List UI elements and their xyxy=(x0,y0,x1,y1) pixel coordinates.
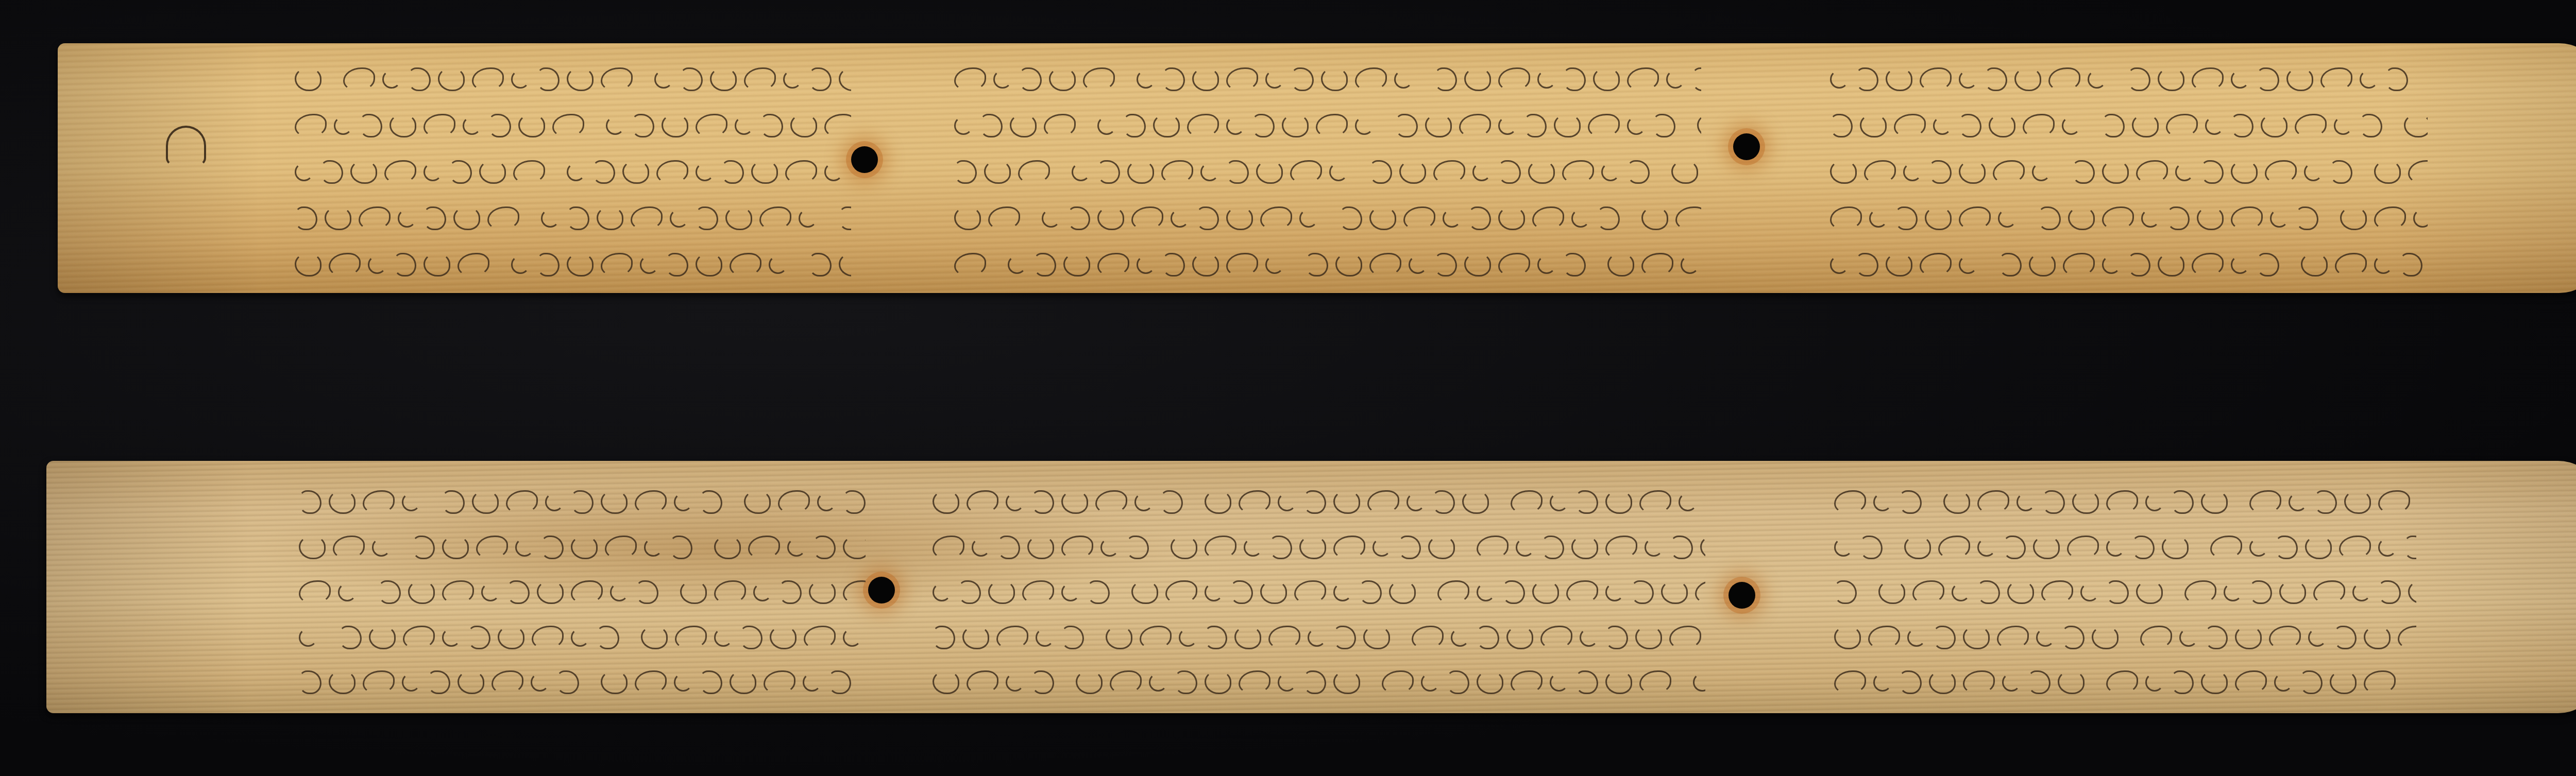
script-glyph xyxy=(2158,253,2184,277)
script-glyph xyxy=(2274,673,2293,692)
script-glyph xyxy=(1550,493,1568,511)
script-glyph xyxy=(1412,626,1444,649)
script-glyph xyxy=(2413,209,2428,228)
script-glyph xyxy=(541,536,564,559)
script-glyph xyxy=(423,114,455,137)
script-glyph xyxy=(2032,163,2050,181)
script-glyph xyxy=(1985,67,2007,91)
script-glyph xyxy=(641,626,668,649)
script-glyph xyxy=(2249,490,2281,514)
script-glyph xyxy=(513,160,545,184)
script-glyph xyxy=(1097,116,1116,135)
script-glyph xyxy=(2088,70,2106,89)
script-glyph xyxy=(1019,67,1042,91)
script-glyph xyxy=(972,538,990,557)
script-glyph xyxy=(492,670,523,694)
script-glyph xyxy=(2166,114,2198,137)
script-glyph xyxy=(1524,114,1547,137)
script-glyph xyxy=(1575,670,1598,694)
script-glyph xyxy=(1162,253,1185,277)
script-glyph xyxy=(787,538,806,557)
script-glyph xyxy=(958,580,981,604)
script-glyph xyxy=(809,67,832,91)
script-glyph xyxy=(2304,163,2323,181)
script-glyph xyxy=(1977,580,2000,604)
script-glyph xyxy=(635,670,667,694)
script-glyph xyxy=(2275,536,2298,559)
script-glyph xyxy=(1653,114,1675,137)
script-glyph xyxy=(1106,626,1132,649)
script-glyph xyxy=(1205,583,1223,601)
script-glyph xyxy=(338,583,357,601)
script-glyph xyxy=(299,536,326,559)
script-glyph xyxy=(1528,160,1555,184)
script-glyph xyxy=(453,206,480,230)
script-glyph xyxy=(1537,70,1556,89)
script-glyph xyxy=(2257,253,2279,277)
script-glyph xyxy=(2201,670,2228,694)
script-glyph xyxy=(803,673,821,692)
script-glyph xyxy=(748,536,780,559)
script-glyph xyxy=(1464,67,1491,91)
script-glyph xyxy=(1830,160,1857,184)
script-glyph xyxy=(675,626,707,649)
script-glyph xyxy=(2231,160,2258,184)
script-glyph xyxy=(476,536,508,559)
script-glyph xyxy=(631,206,663,230)
script-glyph xyxy=(654,70,673,89)
script-line xyxy=(933,577,1705,608)
script-glyph xyxy=(601,490,628,514)
script-glyph xyxy=(299,580,331,604)
script-glyph xyxy=(1226,206,1253,230)
script-line xyxy=(299,487,866,518)
text-column-3 xyxy=(1830,64,2428,280)
script-glyph xyxy=(839,67,851,91)
script-glyph xyxy=(1601,163,1620,181)
script-glyph xyxy=(442,628,461,647)
script-glyph xyxy=(2062,626,2084,649)
script-glyph xyxy=(696,114,727,137)
script-glyph xyxy=(507,580,530,604)
script-glyph xyxy=(790,114,817,137)
script-glyph xyxy=(2364,626,2391,649)
script-glyph xyxy=(325,206,351,230)
script-glyph xyxy=(605,536,637,559)
script-glyph xyxy=(1977,538,1996,557)
script-glyph xyxy=(760,114,783,137)
script-glyph xyxy=(1532,580,1559,604)
script-glyph xyxy=(1095,490,1127,514)
text-column-1 xyxy=(299,487,866,698)
script-glyph xyxy=(1502,580,1525,604)
script-glyph xyxy=(2072,490,2099,514)
script-glyph xyxy=(740,626,762,649)
script-glyph xyxy=(1894,114,1926,137)
script-line xyxy=(295,249,851,280)
palm-leaf-bottom xyxy=(46,461,2576,713)
script-glyph xyxy=(1886,253,1912,277)
script-glyph xyxy=(1997,626,2029,649)
script-glyph xyxy=(2140,626,2172,649)
script-glyph xyxy=(1097,206,1124,230)
script-glyph xyxy=(954,253,986,277)
script-glyph xyxy=(1700,536,1705,559)
script-glyph xyxy=(1127,160,1154,184)
script-glyph xyxy=(2175,163,2194,181)
script-glyph xyxy=(1605,536,1637,559)
script-glyph xyxy=(2308,628,2327,647)
script-glyph xyxy=(1666,70,1685,89)
script-glyph xyxy=(2295,114,2327,137)
script-glyph xyxy=(1363,626,1390,649)
script-glyph xyxy=(1834,670,1866,694)
script-line xyxy=(933,667,1705,698)
script-glyph xyxy=(1977,490,2009,514)
script-glyph xyxy=(571,536,598,559)
script-glyph xyxy=(472,67,504,91)
script-glyph xyxy=(2408,580,2416,604)
script-glyph xyxy=(1306,253,1328,277)
script-glyph xyxy=(804,626,836,649)
script-glyph xyxy=(408,67,431,91)
script-glyph xyxy=(1061,626,1084,649)
script-glyph xyxy=(2340,206,2367,230)
script-glyph xyxy=(1269,536,1292,559)
script-glyph xyxy=(1399,160,1426,184)
script-glyph xyxy=(1171,536,1197,559)
script-glyph xyxy=(1282,114,1309,137)
script-glyph xyxy=(824,163,843,181)
script-glyph xyxy=(1904,536,1931,559)
script-glyph xyxy=(1006,493,1024,511)
script-glyph xyxy=(1097,160,1120,184)
script-glyph xyxy=(2003,536,2026,559)
script-glyph xyxy=(601,253,633,277)
script-glyph xyxy=(1993,160,2025,184)
script-glyph xyxy=(635,490,667,514)
script-line xyxy=(295,203,851,234)
script-line xyxy=(295,157,851,187)
script-glyph xyxy=(1868,626,1900,649)
script-glyph xyxy=(1605,670,1632,694)
script-glyph xyxy=(700,490,722,514)
script-glyph xyxy=(839,206,851,230)
script-glyph xyxy=(597,626,619,649)
script-glyph xyxy=(1359,580,1382,604)
script-glyph xyxy=(1031,490,1054,514)
script-glyph xyxy=(1171,209,1189,228)
script-glyph xyxy=(537,253,560,277)
script-glyph xyxy=(2171,670,2194,694)
script-glyph xyxy=(1042,209,1060,228)
script-glyph xyxy=(1605,490,1632,514)
script-glyph xyxy=(2374,160,2401,184)
script-glyph xyxy=(721,160,744,184)
script-glyph xyxy=(828,670,851,694)
script-glyph xyxy=(2398,626,2416,649)
script-glyph xyxy=(1464,253,1491,277)
script-glyph xyxy=(1398,536,1421,559)
script-glyph xyxy=(402,673,420,692)
script-glyph xyxy=(1131,580,1158,604)
script-glyph xyxy=(1260,580,1287,604)
script-glyph xyxy=(2028,670,2050,694)
script-glyph xyxy=(428,670,450,694)
script-glyph xyxy=(1856,67,1878,91)
script-glyph xyxy=(438,67,465,91)
script-glyph xyxy=(457,253,489,277)
script-glyph xyxy=(997,536,1020,559)
script-glyph xyxy=(1693,673,1705,692)
script-glyph xyxy=(571,490,594,514)
script-glyph xyxy=(2235,626,2262,649)
script-glyph xyxy=(363,670,395,694)
script-glyph xyxy=(1929,160,1952,184)
script-line xyxy=(954,110,1701,141)
script-glyph xyxy=(2210,536,2242,559)
script-glyph xyxy=(996,626,1028,649)
script-glyph xyxy=(1498,116,1517,135)
script-glyph xyxy=(1856,253,1878,277)
script-glyph xyxy=(531,673,549,692)
script-glyph xyxy=(1162,67,1185,91)
script-glyph xyxy=(1963,626,1990,649)
script-glyph xyxy=(1704,490,1705,514)
script-glyph xyxy=(1635,626,1662,649)
script-glyph xyxy=(449,160,472,184)
string-hole-left xyxy=(868,577,895,603)
script-glyph xyxy=(1260,206,1292,230)
script-glyph xyxy=(1160,490,1183,514)
script-glyph xyxy=(1506,626,1533,649)
script-glyph xyxy=(1459,114,1491,137)
script-glyph xyxy=(1498,206,1525,230)
script-glyph xyxy=(2265,160,2297,184)
script-glyph xyxy=(1669,626,1701,649)
script-glyph xyxy=(954,160,977,184)
script-line xyxy=(933,487,1705,518)
script-glyph xyxy=(2106,670,2138,694)
script-glyph xyxy=(1933,626,1956,649)
script-glyph xyxy=(813,536,836,559)
script-glyph xyxy=(988,206,1020,230)
script-glyph xyxy=(1409,255,1427,274)
script-glyph xyxy=(1639,490,1671,514)
script-glyph xyxy=(2313,580,2345,604)
script-glyph xyxy=(1477,536,1509,559)
script-glyph xyxy=(2048,67,2080,91)
script-glyph xyxy=(1239,670,1270,694)
script-glyph xyxy=(472,490,499,514)
script-glyph xyxy=(2192,67,2224,91)
script-glyph xyxy=(1369,160,1392,184)
script-glyph xyxy=(1830,114,1853,137)
script-glyph xyxy=(1083,67,1115,91)
script-glyph xyxy=(481,583,500,601)
script-glyph xyxy=(2132,114,2159,137)
script-glyph xyxy=(1303,670,1326,694)
script-glyph xyxy=(1959,206,1991,230)
script-glyph xyxy=(334,116,352,135)
script-glyph xyxy=(1989,114,2015,137)
script-glyph xyxy=(537,580,564,604)
script-glyph xyxy=(2062,116,2080,135)
script-glyph xyxy=(656,160,688,184)
script-glyph xyxy=(1076,670,1103,694)
script-glyph xyxy=(839,253,851,277)
script-glyph xyxy=(350,160,377,184)
script-glyph xyxy=(601,67,633,91)
script-glyph xyxy=(2231,206,2263,230)
script-glyph xyxy=(1588,114,1620,137)
script-glyph xyxy=(2400,253,2422,277)
script-glyph xyxy=(442,490,465,514)
script-glyph xyxy=(1605,626,1628,649)
script-glyph xyxy=(2352,583,2371,601)
script-glyph xyxy=(1321,67,1348,91)
script-glyph xyxy=(2067,536,2099,559)
palm-leaf-top: ᭒ xyxy=(58,43,2576,293)
script-glyph xyxy=(674,673,692,692)
script-glyph xyxy=(753,583,772,601)
script-glyph xyxy=(442,580,474,604)
script-glyph xyxy=(506,490,538,514)
script-glyph xyxy=(785,160,817,184)
script-glyph xyxy=(1540,626,1572,649)
script-glyph xyxy=(1963,670,1995,694)
script-glyph xyxy=(597,206,623,230)
script-glyph xyxy=(696,206,718,230)
script-glyph xyxy=(933,583,951,601)
script-line xyxy=(295,110,851,141)
script-glyph xyxy=(1063,253,1090,277)
script-glyph xyxy=(1308,628,1326,647)
script-glyph xyxy=(2261,114,2287,137)
script-glyph xyxy=(360,114,382,137)
script-glyph xyxy=(333,536,365,559)
script-line xyxy=(1830,64,2428,95)
script-glyph xyxy=(320,160,343,184)
script-glyph xyxy=(1299,536,1326,559)
script-glyph xyxy=(1355,116,1374,135)
script-glyph xyxy=(567,67,594,91)
script-glyph xyxy=(299,670,321,694)
script-glyph xyxy=(1437,580,1469,604)
script-glyph xyxy=(1049,67,1076,91)
script-glyph xyxy=(1061,536,1093,559)
script-glyph xyxy=(571,628,589,647)
script-glyph xyxy=(1403,206,1435,230)
script-glyph xyxy=(799,209,817,228)
script-glyph xyxy=(2301,253,2328,277)
script-glyph xyxy=(1873,493,1892,511)
script-glyph xyxy=(2330,160,2352,184)
script-glyph xyxy=(2141,209,2160,228)
script-glyph xyxy=(670,536,692,559)
script-glyph xyxy=(2360,114,2382,137)
script-glyph xyxy=(515,538,534,557)
script-glyph xyxy=(636,580,658,604)
script-glyph xyxy=(1421,673,1439,692)
script-glyph xyxy=(700,670,722,694)
script-glyph xyxy=(1278,493,1296,511)
script-glyph xyxy=(1834,626,1861,649)
script-glyph xyxy=(372,538,391,557)
script-glyph xyxy=(1335,253,1362,277)
script-glyph xyxy=(1692,67,1701,91)
script-glyph xyxy=(567,163,585,181)
script-glyph xyxy=(1340,206,1362,230)
script-glyph xyxy=(2364,670,2396,694)
script-glyph xyxy=(2092,626,2119,649)
script-glyph xyxy=(1472,163,1491,181)
script-glyph xyxy=(1675,206,1701,230)
script-glyph xyxy=(744,67,776,91)
script-glyph xyxy=(1443,209,1461,228)
script-glyph xyxy=(1550,673,1568,692)
script-line xyxy=(1834,622,2416,653)
script-glyph xyxy=(2300,670,2323,694)
script-glyph xyxy=(1661,580,1688,604)
script-glyph xyxy=(343,67,375,91)
script-glyph xyxy=(1498,253,1530,277)
script-glyph xyxy=(2344,490,2371,514)
script-glyph xyxy=(1477,670,1503,694)
script-glyph xyxy=(730,670,756,694)
script-glyph xyxy=(394,253,416,277)
script-glyph xyxy=(1369,253,1401,277)
script-glyph xyxy=(1830,206,1862,230)
script-line xyxy=(1830,110,2428,141)
script-glyph xyxy=(2058,670,2084,694)
script-glyph xyxy=(1873,673,1892,692)
script-glyph xyxy=(696,163,714,181)
script-glyph xyxy=(666,253,688,277)
script-glyph xyxy=(1462,490,1489,514)
script-glyph xyxy=(2033,536,2060,559)
script-glyph xyxy=(1294,580,1326,604)
script-glyph xyxy=(1433,160,1465,184)
script-glyph xyxy=(778,490,810,514)
script-glyph xyxy=(1920,67,1952,91)
script-glyph xyxy=(2305,536,2332,559)
script-glyph xyxy=(764,670,795,694)
script-line xyxy=(933,622,1705,653)
script-glyph xyxy=(622,160,649,184)
script-glyph xyxy=(662,114,688,137)
script-glyph xyxy=(402,493,420,511)
script-glyph xyxy=(1903,163,1922,181)
script-glyph xyxy=(2249,580,2272,604)
script-glyph xyxy=(2224,583,2242,601)
script-glyph xyxy=(1097,253,1129,277)
script-glyph xyxy=(389,114,416,137)
script-glyph xyxy=(1541,536,1564,559)
script-glyph xyxy=(329,253,361,277)
script-glyph xyxy=(1580,628,1598,647)
script-glyph xyxy=(1316,114,1348,137)
script-glyph xyxy=(468,626,490,649)
script-glyph xyxy=(1878,580,1905,604)
script-line xyxy=(933,532,1705,563)
script-glyph xyxy=(610,583,629,601)
script-glyph xyxy=(2041,580,2073,604)
script-glyph xyxy=(359,206,391,230)
string-hole-right xyxy=(1733,133,1760,160)
string-hole-left xyxy=(851,146,878,173)
script-glyph xyxy=(2235,670,2267,694)
